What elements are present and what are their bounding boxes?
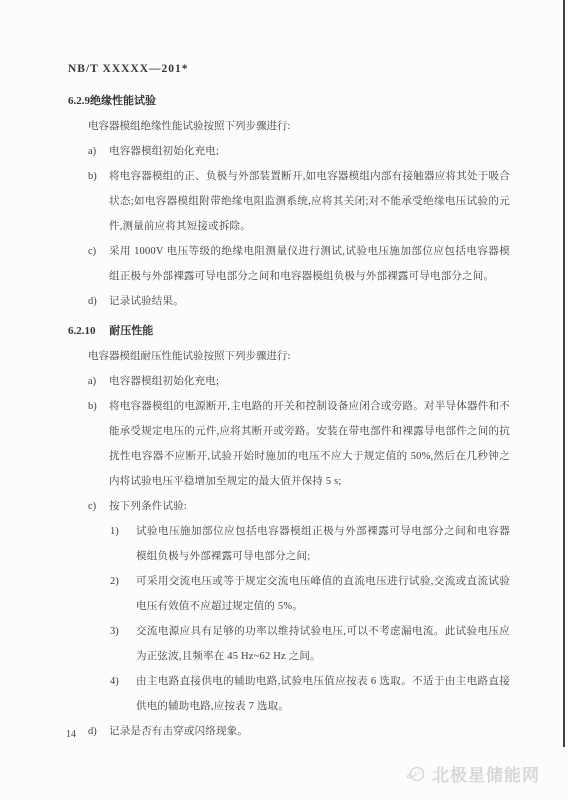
- sub-item-label: 3): [110, 619, 136, 669]
- section-heading: 6.2.9绝缘性能试验: [68, 89, 510, 114]
- sub-item-label: 4): [110, 669, 136, 719]
- list-item-text: 电容器模组初始化充电;: [109, 369, 510, 394]
- section-intro: 电容器模组绝缘性能试验按照下列步骤进行:: [88, 114, 510, 139]
- list-item-text: 电容器模组初始化充电;: [109, 139, 510, 164]
- list-item: c)采用 1000V 电压等级的绝缘电阻测量仪进行测试,试验电压施加部位应包括电…: [88, 239, 510, 289]
- page-edge-line: [563, 0, 565, 747]
- list-item-text: 按下列条件试验:: [109, 494, 510, 519]
- list-item-text: 将电容器模组的正、负极与外部装置断开,如电容器模组内部有接触器应将其处于吸合状态…: [109, 164, 510, 239]
- watermark: 北极星储能网: [405, 761, 540, 786]
- sub-list-item: 2)可采用交流电压或等于规定交流电压峰值的直流电压进行试验,交流或直流试验电压有…: [110, 569, 510, 619]
- list-item-text: 采用 1000V 电压等级的绝缘电阻测量仪进行测试,试验电压施加部位应包括电容器…: [109, 239, 510, 289]
- sub-list-item: 4)由主电路直接供电的辅助电路,试验电压值应按表 6 选取。不适于由主电路直接供…: [110, 669, 510, 719]
- sub-item-text: 由主电路直接供电的辅助电路,试验电压值应按表 6 选取。不适于由主电路直接供电的…: [136, 669, 510, 719]
- page-number: 14: [66, 729, 76, 740]
- list-item: b)将电容器模组的电源断开,主电路的开关和控制设备应闭合或旁路。对半导体器件和不…: [88, 394, 510, 494]
- sub-list-item: 1)试验电压施加部位应包括电容器模组正极与外部裸露可导电部分之间和电容器模组负极…: [110, 519, 510, 569]
- section-intro: 电容器模组耐压性能试验按照下列步骤进行:: [88, 344, 510, 369]
- document-header: NB/T XXXXX—201*: [68, 62, 510, 76]
- document-content: NB/T XXXXX—201* 6.2.9绝缘性能试验电容器模组绝缘性能试验按照…: [68, 62, 510, 744]
- sections-container: 6.2.9绝缘性能试验电容器模组绝缘性能试验按照下列步骤进行:a)电容器模组初始…: [68, 89, 510, 744]
- list-item-label: b): [88, 394, 109, 494]
- sub-item-label: 1): [110, 519, 136, 569]
- document-section: 6.2.10 耐压性能电容器模组耐压性能试验按照下列步骤进行:a)电容器模组初始…: [68, 319, 510, 744]
- sub-item-text: 试验电压施加部位应包括电容器模组正极与外部裸露可导电部分之间和电容器模组负极与外…: [136, 519, 510, 569]
- list-item-label: d): [88, 719, 109, 744]
- document-page: NB/T XXXXX—201* 6.2.9绝缘性能试验电容器模组绝缘性能试验按照…: [0, 0, 568, 800]
- list-item-label: c): [88, 239, 109, 289]
- list-item: d)记录试验结果。: [88, 289, 510, 314]
- list-item-label: c): [88, 494, 109, 519]
- list-item-text: 记录是否有击穿或闪络现象。: [109, 719, 510, 744]
- document-section: 6.2.9绝缘性能试验电容器模组绝缘性能试验按照下列步骤进行:a)电容器模组初始…: [68, 89, 510, 314]
- sub-item-text: 可采用交流电压或等于规定交流电压峰值的直流电压进行试验,交流或直流试验电压有效值…: [136, 569, 510, 619]
- list-item: a)电容器模组初始化充电;: [88, 139, 510, 164]
- beijixing-logo-icon: [405, 763, 427, 785]
- list-item: c)按下列条件试验:: [88, 494, 510, 519]
- sub-item-text: 交流电源应具有足够的功率以维持试验电压,可以不考虑漏电流。此试验电压应为正弦波,…: [136, 619, 510, 669]
- list-item-label: a): [88, 139, 109, 164]
- sub-item-label: 2): [110, 569, 136, 619]
- list-item-text: 记录试验结果。: [109, 289, 510, 314]
- section-heading: 6.2.10 耐压性能: [68, 319, 510, 344]
- list-item: a)电容器模组初始化充电;: [88, 369, 510, 394]
- list-item: d)记录是否有击穿或闪络现象。: [88, 719, 510, 744]
- sub-list-item: 3)交流电源应具有足够的功率以维持试验电压,可以不考虑漏电流。此试验电压应为正弦…: [110, 619, 510, 669]
- list-item-label: b): [88, 164, 109, 239]
- list-item-label: d): [88, 289, 109, 314]
- list-item-label: a): [88, 369, 109, 394]
- watermark-text: 北极星储能网: [432, 761, 540, 786]
- list-item: b)将电容器模组的正、负极与外部装置断开,如电容器模组内部有接触器应将其处于吸合…: [88, 164, 510, 239]
- list-item-text: 将电容器模组的电源断开,主电路的开关和控制设备应闭合或旁路。对半导体器件和不能承…: [109, 394, 510, 494]
